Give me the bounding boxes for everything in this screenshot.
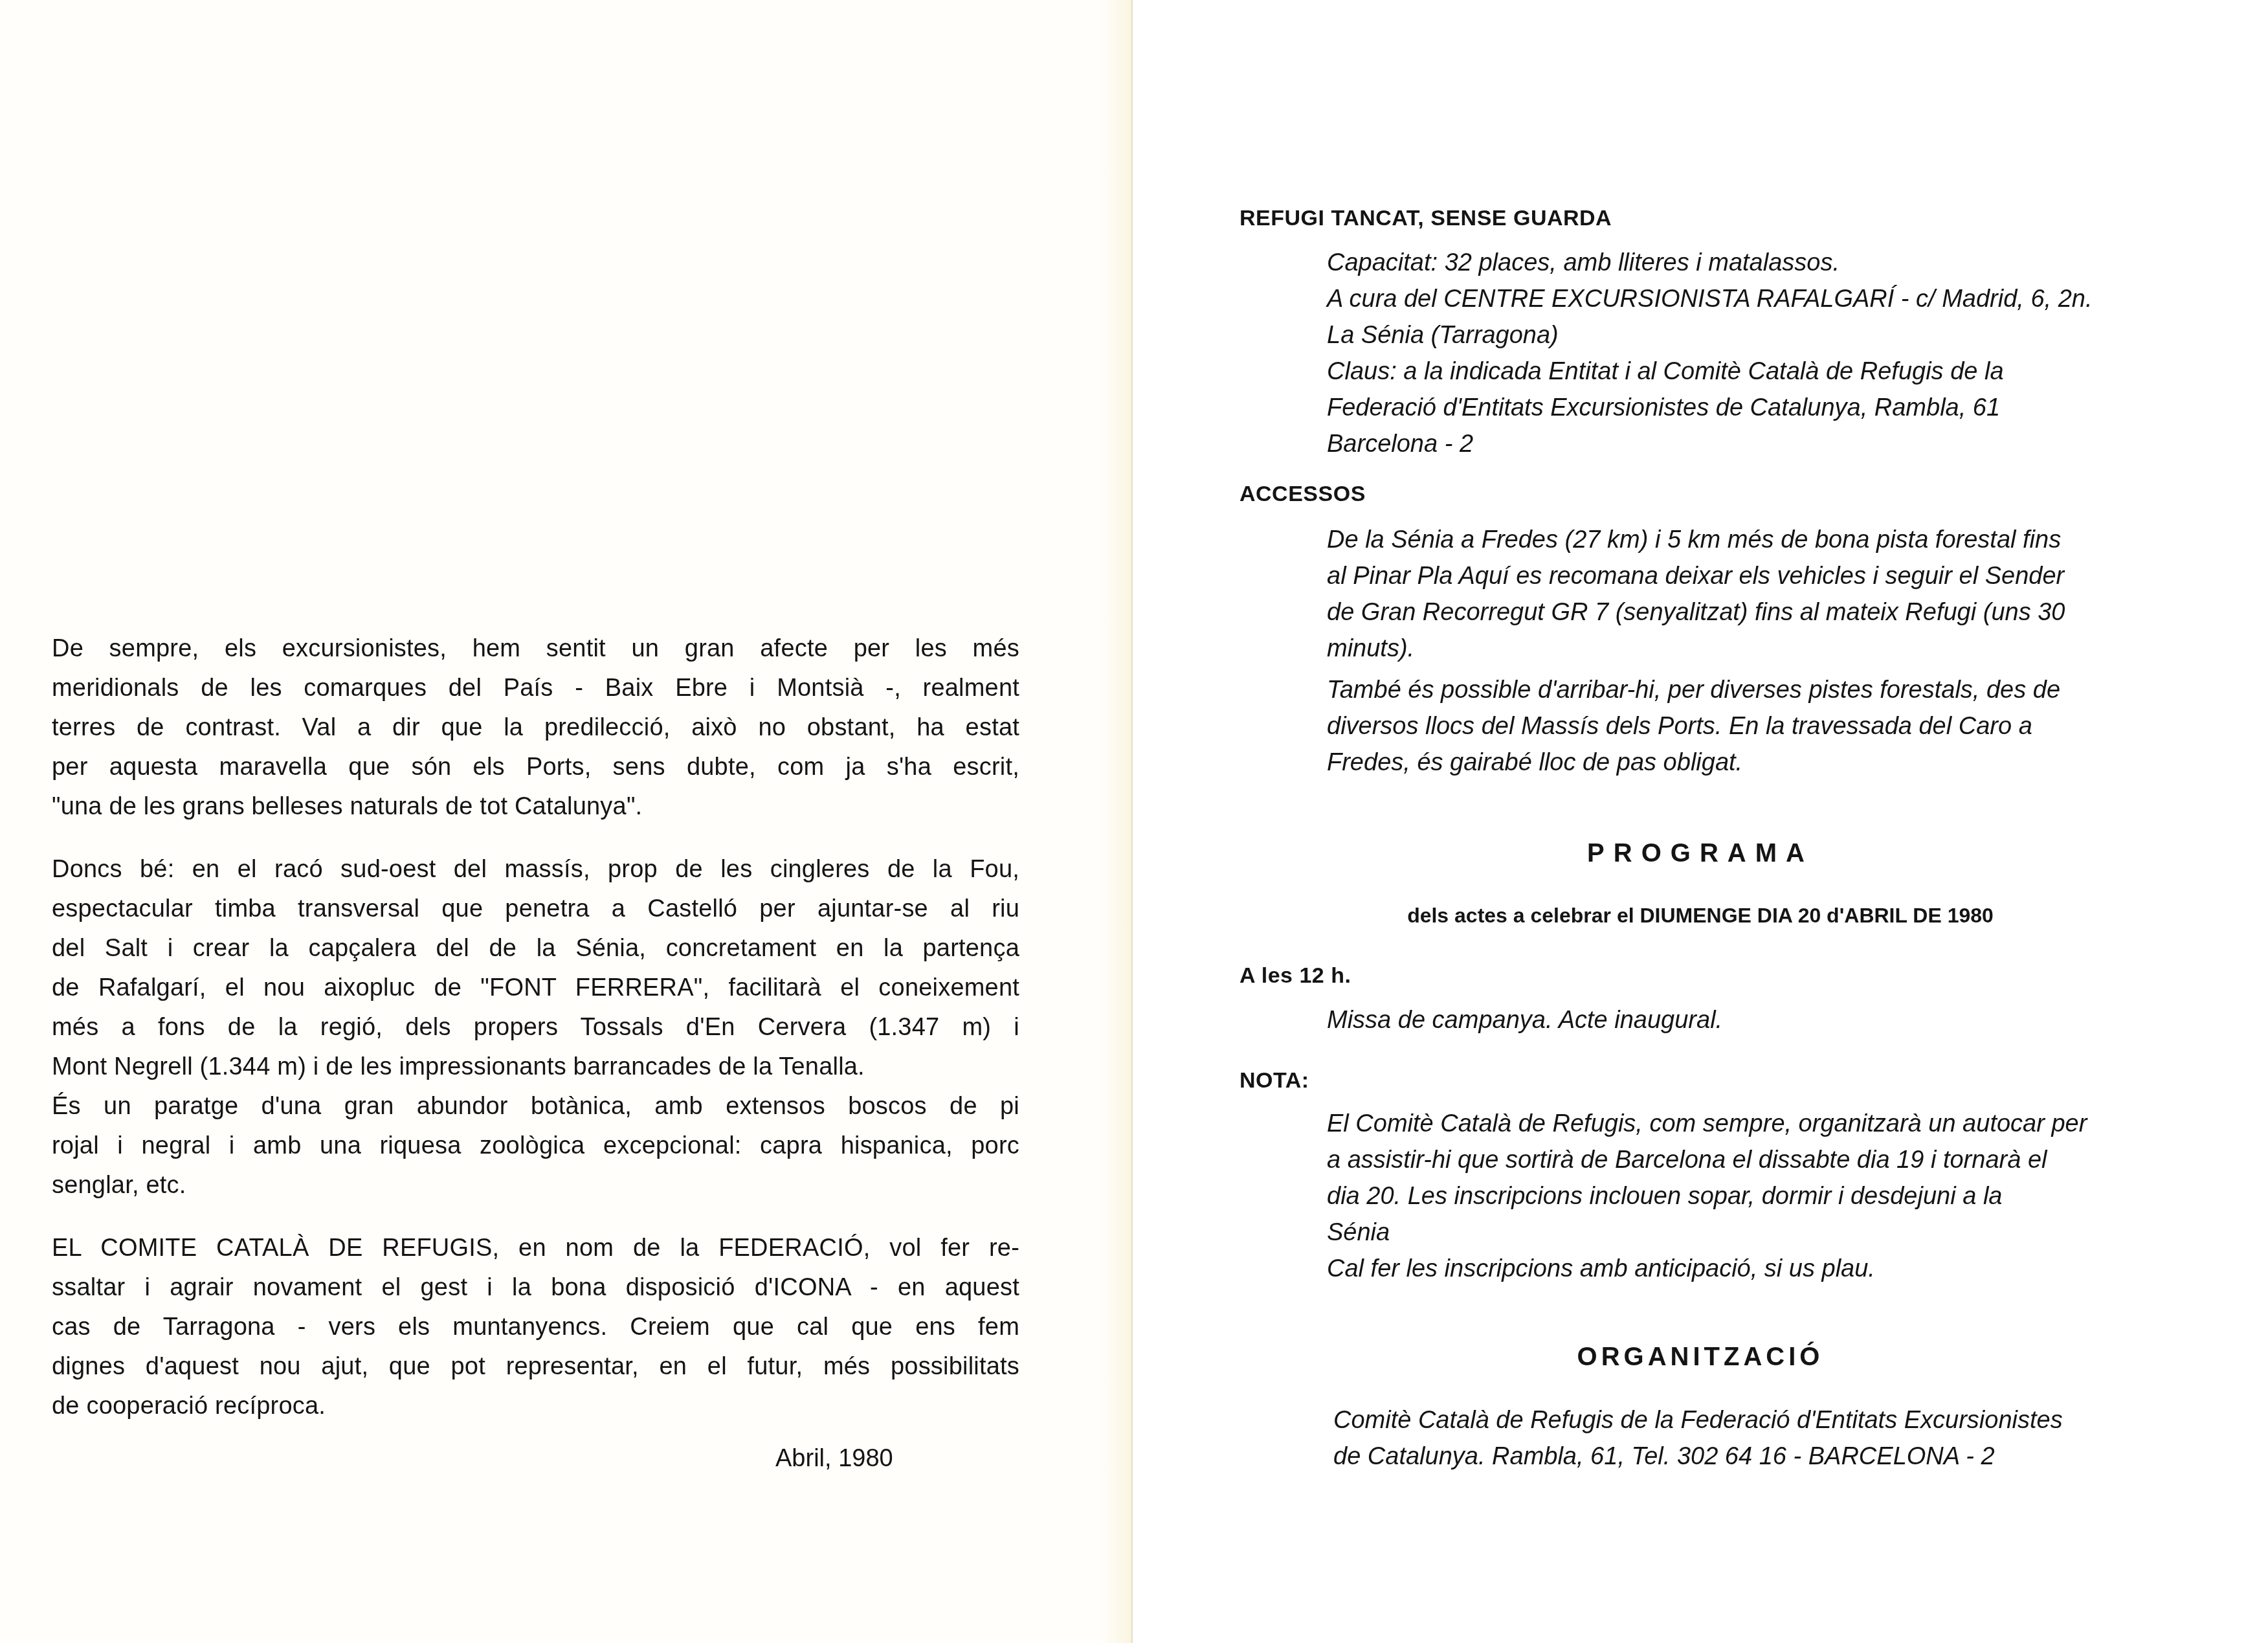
- left-page: De sempre, els excursionistes, hem senti…: [0, 0, 1133, 1643]
- refugi-keys: Claus: a la indicada Entitat i al Comitè…: [1327, 353, 2052, 390]
- text-line: Comitè Català de Refugis de la Federació…: [1333, 1402, 2058, 1438]
- text-line: És un paratge d'una gran abundor botànic…: [52, 1087, 1019, 1126]
- paragraph-location: Doncs bé: en el racó sud-oest del massís…: [52, 850, 1019, 1087]
- refugi-details: Capacitat: 32 places, amb lliteres i mat…: [1327, 245, 2052, 462]
- section-heading-refugi: REFUGI TANCAT, SENSE GUARDA: [1240, 206, 1612, 231]
- accessos-paragraph-2: També és possible d'arribar-hi, per dive…: [1327, 672, 2052, 781]
- text-line: senglar, etc.: [52, 1166, 1019, 1205]
- text-line: del Salt i crear la capçalera del de la …: [52, 929, 1019, 968]
- text-line: per aquesta maravella que són els Ports,…: [52, 748, 1019, 787]
- text-line: de Catalunya. Rambla, 61, Tel. 302 64 16…: [1333, 1438, 2058, 1475]
- text-line: al Pinar Pla Aquí es recomana deixar els…: [1327, 558, 2052, 594]
- paragraph-intro: De sempre, els excursionistes, hem senti…: [52, 629, 1019, 827]
- organitzacio-body: Comitè Català de Refugis de la Federació…: [1333, 1402, 2058, 1475]
- refugi-keys-city: Barcelona - 2: [1327, 426, 2052, 462]
- text-line: cas de Tarragona - vers els muntanyencs.…: [52, 1308, 1019, 1347]
- text-line: dignes d'aquest nou ajut, que pot repres…: [52, 1347, 1019, 1387]
- text-line: Mont Negrell (1.344 m) i de les impressi…: [52, 1047, 1019, 1087]
- text-line: de Gran Recorregut GR 7 (senyalitzat) fi…: [1327, 594, 2052, 631]
- refugi-keys-address: Federació d'Entitats Excursionistes de C…: [1327, 390, 2052, 426]
- programa-title: PROGRAMA: [1133, 839, 2268, 868]
- text-line: "una de les grans belleses naturals de t…: [52, 787, 1019, 827]
- text-line: a assistir-hi que sortirà de Barcelona e…: [1327, 1142, 2052, 1178]
- text-line: Sénia: [1327, 1214, 2052, 1251]
- text-line: terres de contrast. Val a dir que la pre…: [52, 708, 1019, 748]
- programa-event: Missa de campanya. Acte inaugural.: [1327, 1002, 2052, 1038]
- refugi-town: La Sénia (Tarragona): [1327, 317, 2052, 353]
- text-line: Cal fer les inscripcions amb anticipació…: [1327, 1251, 2052, 1287]
- text-line: minuts).: [1327, 631, 2052, 667]
- text-line: Doncs bé: en el racó sud-oest del massís…: [52, 850, 1019, 889]
- nota-body: El Comitè Català de Refugis, com sempre,…: [1327, 1106, 2052, 1287]
- text-line: espectacular timba transversal que penet…: [52, 889, 1019, 929]
- right-page: REFUGI TANCAT, SENSE GUARDA Capacitat: 3…: [1133, 0, 2268, 1643]
- accessos-paragraph-1: De la Sénia a Fredes (27 km) i 5 km més …: [1327, 522, 2052, 667]
- refugi-capacity: Capacitat: 32 places, amb lliteres i mat…: [1327, 245, 2052, 281]
- text-line: ssaltar i agrair novament el gest i la b…: [52, 1268, 1019, 1308]
- text-line: rojal i negral i amb una riquesa zoològi…: [52, 1126, 1019, 1166]
- paragraph-nature: És un paratge d'una gran abundor botànic…: [52, 1087, 1019, 1205]
- text-line: de Rafalgarí, el nou aixopluc de "FONT F…: [52, 968, 1019, 1008]
- organitzacio-title: ORGANITZACIÓ: [1133, 1343, 2268, 1372]
- signature-date: Abril, 1980: [775, 1445, 893, 1473]
- left-page-body: De sempre, els excursionistes, hem senti…: [52, 629, 1019, 1449]
- text-line: diversos llocs del Massís dels Ports. En…: [1327, 708, 2052, 744]
- section-heading-nota: NOTA:: [1240, 1068, 1309, 1093]
- text-line: De la Sénia a Fredes (27 km) i 5 km més …: [1327, 522, 2052, 558]
- text-line: meridionals de les comarques del País - …: [52, 669, 1019, 708]
- programa-subtitle: dels actes a celebrar el DIUMENGE DIA 20…: [1133, 904, 2268, 928]
- text-line: de cooperació recíproca.: [52, 1387, 1019, 1426]
- text-line: També és possible d'arribar-hi, per dive…: [1327, 672, 2052, 708]
- text-line: Fredes, és gairabé lloc de pas obligat.: [1327, 744, 2052, 781]
- text-line: EL COMITE CATALÀ DE REFUGIS, en nom de l…: [52, 1229, 1019, 1268]
- programa-time: A les 12 h.: [1240, 963, 1351, 989]
- paragraph-thanks: EL COMITE CATALÀ DE REFUGIS, en nom de l…: [52, 1229, 1019, 1426]
- text-line: El Comitè Català de Refugis, com sempre,…: [1327, 1106, 2052, 1142]
- section-heading-accessos: ACCESSOS: [1240, 482, 1366, 507]
- event-description: Missa de campanya. Acte inaugural.: [1327, 1002, 2052, 1038]
- refugi-caretaker: A cura del CENTRE EXCURSIONISTA RAFALGAR…: [1327, 281, 2052, 317]
- text-line: dia 20. Les inscripcions inclouen sopar,…: [1327, 1178, 2052, 1214]
- text-line: De sempre, els excursionistes, hem senti…: [52, 629, 1019, 669]
- text-line: més a fons de la regió, dels propers Tos…: [52, 1008, 1019, 1047]
